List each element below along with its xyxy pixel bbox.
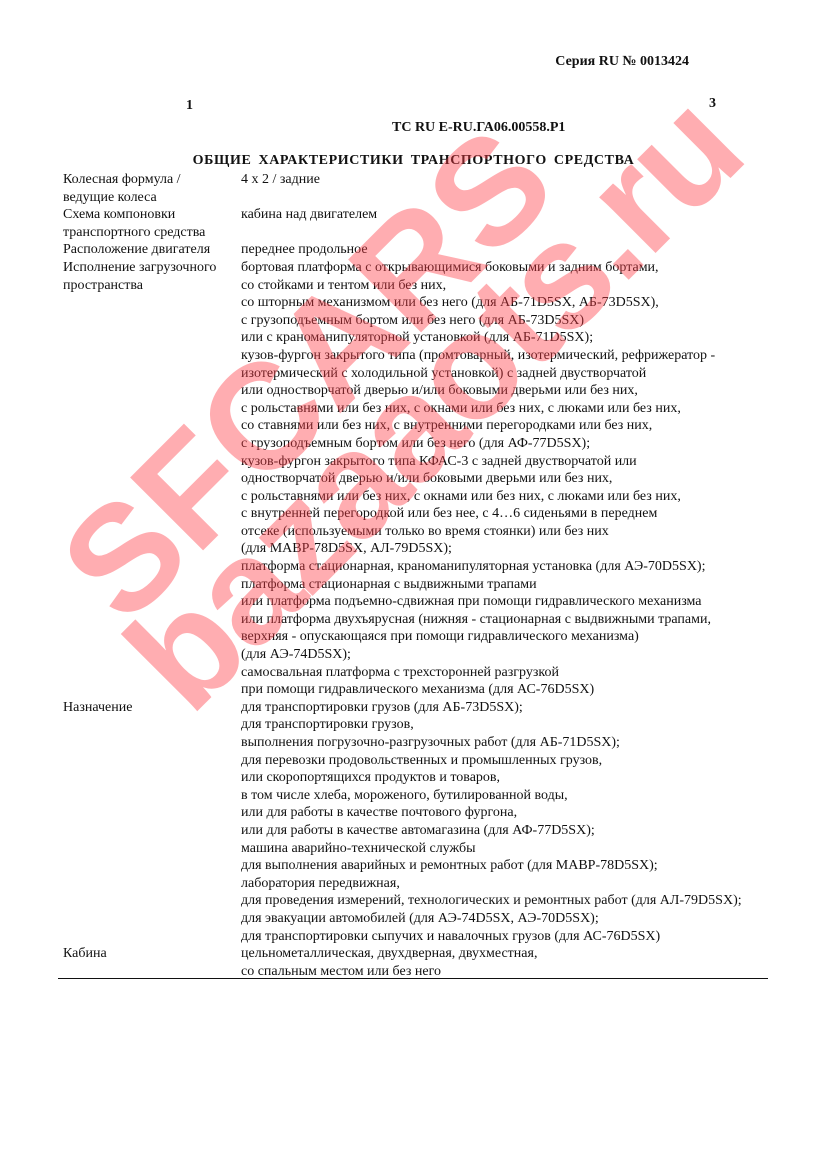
row-value: бортовая платформа с открывающимися боко… [241, 259, 768, 699]
row-value: кабина над двигателем [241, 206, 768, 241]
label-line: пространства [63, 277, 241, 295]
value-line: с грузоподъемным бортом или без него (дл… [241, 435, 768, 453]
label-line: Назначение [63, 699, 241, 717]
value-line: платформа стационарная с выдвижными трап… [241, 576, 768, 594]
table-row: Колесная формула /ведущие колеса4 х 2 / … [63, 171, 768, 206]
value-line: для транспортировки грузов (для АБ-73D5S… [241, 699, 768, 717]
value-line: со стойками и тентом или без них, [241, 277, 768, 295]
value-line: в том числе хлеба, мороженого, бутилиров… [241, 787, 768, 805]
value-line: переднее продольное [241, 241, 768, 259]
label-line: Кабина [63, 945, 241, 963]
value-line: отсеке (используемыми только во время ст… [241, 523, 768, 541]
value-line: кузов-фургон закрытого типа (промтоварны… [241, 347, 768, 365]
label-line: Исполнение загрузочного [63, 259, 241, 277]
value-line: верхняя - опускающаяся при помощи гидрав… [241, 628, 768, 646]
value-line: для перевозки продовольственных и промыш… [241, 752, 768, 770]
value-line: для транспортировки сыпучих и навалочных… [241, 928, 768, 946]
label-line: Схема компоновки [63, 206, 241, 224]
page-number-left: 1 [186, 98, 193, 114]
value-line: для транспортировки грузов, [241, 716, 768, 734]
label-line: ведущие колеса [63, 189, 241, 207]
value-line: кабина над двигателем [241, 206, 768, 224]
table-row: Схема компоновкитранспортного средствака… [63, 206, 768, 241]
value-line: со ставнями или без них, с внутренними п… [241, 417, 768, 435]
value-line: бортовая платформа с открывающимися боко… [241, 259, 768, 277]
row-label: Назначение [63, 699, 241, 945]
value-line: с рольставнями или без них, с окнами или… [241, 488, 768, 506]
row-value: цельнометаллическая, двухдверная, двухме… [241, 945, 768, 980]
page-number-right: 3 [709, 96, 716, 112]
value-line: для проведения измерений, технологически… [241, 892, 768, 910]
label-line: транспортного средства [63, 224, 241, 242]
table-row: Исполнение загрузочногопространстваборто… [63, 259, 768, 699]
row-label: Расположение двигателя [63, 241, 241, 259]
value-line: с внутренней перегородкой или без нее, с… [241, 505, 768, 523]
value-line: (для АЭ-74D5SX); [241, 646, 768, 664]
value-line: или с краноманипуляторной установкой (дл… [241, 329, 768, 347]
label-line: Колесная формула / [63, 171, 241, 189]
table-row: Назначениедля транспортировки грузов (дл… [63, 699, 768, 945]
value-line: цельнометаллическая, двухдверная, двухме… [241, 945, 768, 963]
value-line: изотермический с холодильной установкой)… [241, 365, 768, 383]
value-line: для выполнения аварийных и ремонтных раб… [241, 857, 768, 875]
value-line: выполнения погрузочно-разгрузочных работ… [241, 734, 768, 752]
row-value: для транспортировки грузов (для АБ-73D5S… [241, 699, 768, 945]
value-line: со шторным механизмом или без него (для … [241, 294, 768, 312]
label-line: Расположение двигателя [63, 241, 241, 259]
value-line: лаборатория передвижная, [241, 875, 768, 893]
row-label: Исполнение загрузочногопространства [63, 259, 241, 699]
value-line: одностворчатой дверью и/или боковыми две… [241, 470, 768, 488]
row-label: Колесная формула /ведущие колеса [63, 171, 241, 206]
value-line: машина аварийно-технической службы [241, 840, 768, 858]
value-line: или для работы в качестве почтового фург… [241, 804, 768, 822]
value-line: кузов-фургон закрытого типа КФАС-3 с зад… [241, 453, 768, 471]
value-line: самосвальная платформа с трехсторонней р… [241, 664, 768, 682]
table-row: Кабинацельнометаллическая, двухдверная, … [63, 945, 768, 980]
value-line: при помощи гидравлического механизма (дл… [241, 681, 768, 699]
value-line: (для МАВР-78D5SX, АЛ-79D5SX); [241, 540, 768, 558]
row-value: переднее продольное [241, 241, 768, 259]
value-line: платформа стационарная, краноманипулятор… [241, 558, 768, 576]
table-bottom-rule [58, 978, 768, 979]
value-line: с рольставнями или без них, с окнами или… [241, 400, 768, 418]
value-line: или платформа двухъярусная (нижняя - ста… [241, 611, 768, 629]
row-label: Кабина [63, 945, 241, 980]
series-number: Серия RU № 0013424 [555, 54, 689, 70]
characteristics-table: Колесная формула /ведущие колеса4 х 2 / … [63, 171, 768, 980]
row-label: Схема компоновкитранспортного средства [63, 206, 241, 241]
value-line: с грузоподъемным бортом или без него (дл… [241, 312, 768, 330]
value-line: 4 х 2 / задние [241, 171, 768, 189]
section-title: ОБЩИЕ ХАРАКТЕРИСТИКИ ТРАНСПОРТНОГО СРЕДС… [0, 153, 827, 169]
value-line: для эвакуации автомобилей (для АЭ-74D5SX… [241, 910, 768, 928]
value-line: или одностворчатой дверью и/или боковыми… [241, 382, 768, 400]
value-line: или платформа подъемно-сдвижная при помо… [241, 593, 768, 611]
value-line: или скоропортящихся продуктов и товаров, [241, 769, 768, 787]
row-value: 4 х 2 / задние [241, 171, 768, 206]
table-row: Расположение двигателяпереднее продольно… [63, 241, 768, 259]
document-number: ТС RU E-RU.ГА06.00558.Р1 [392, 120, 565, 136]
value-line: или для работы в качестве автомагазина (… [241, 822, 768, 840]
